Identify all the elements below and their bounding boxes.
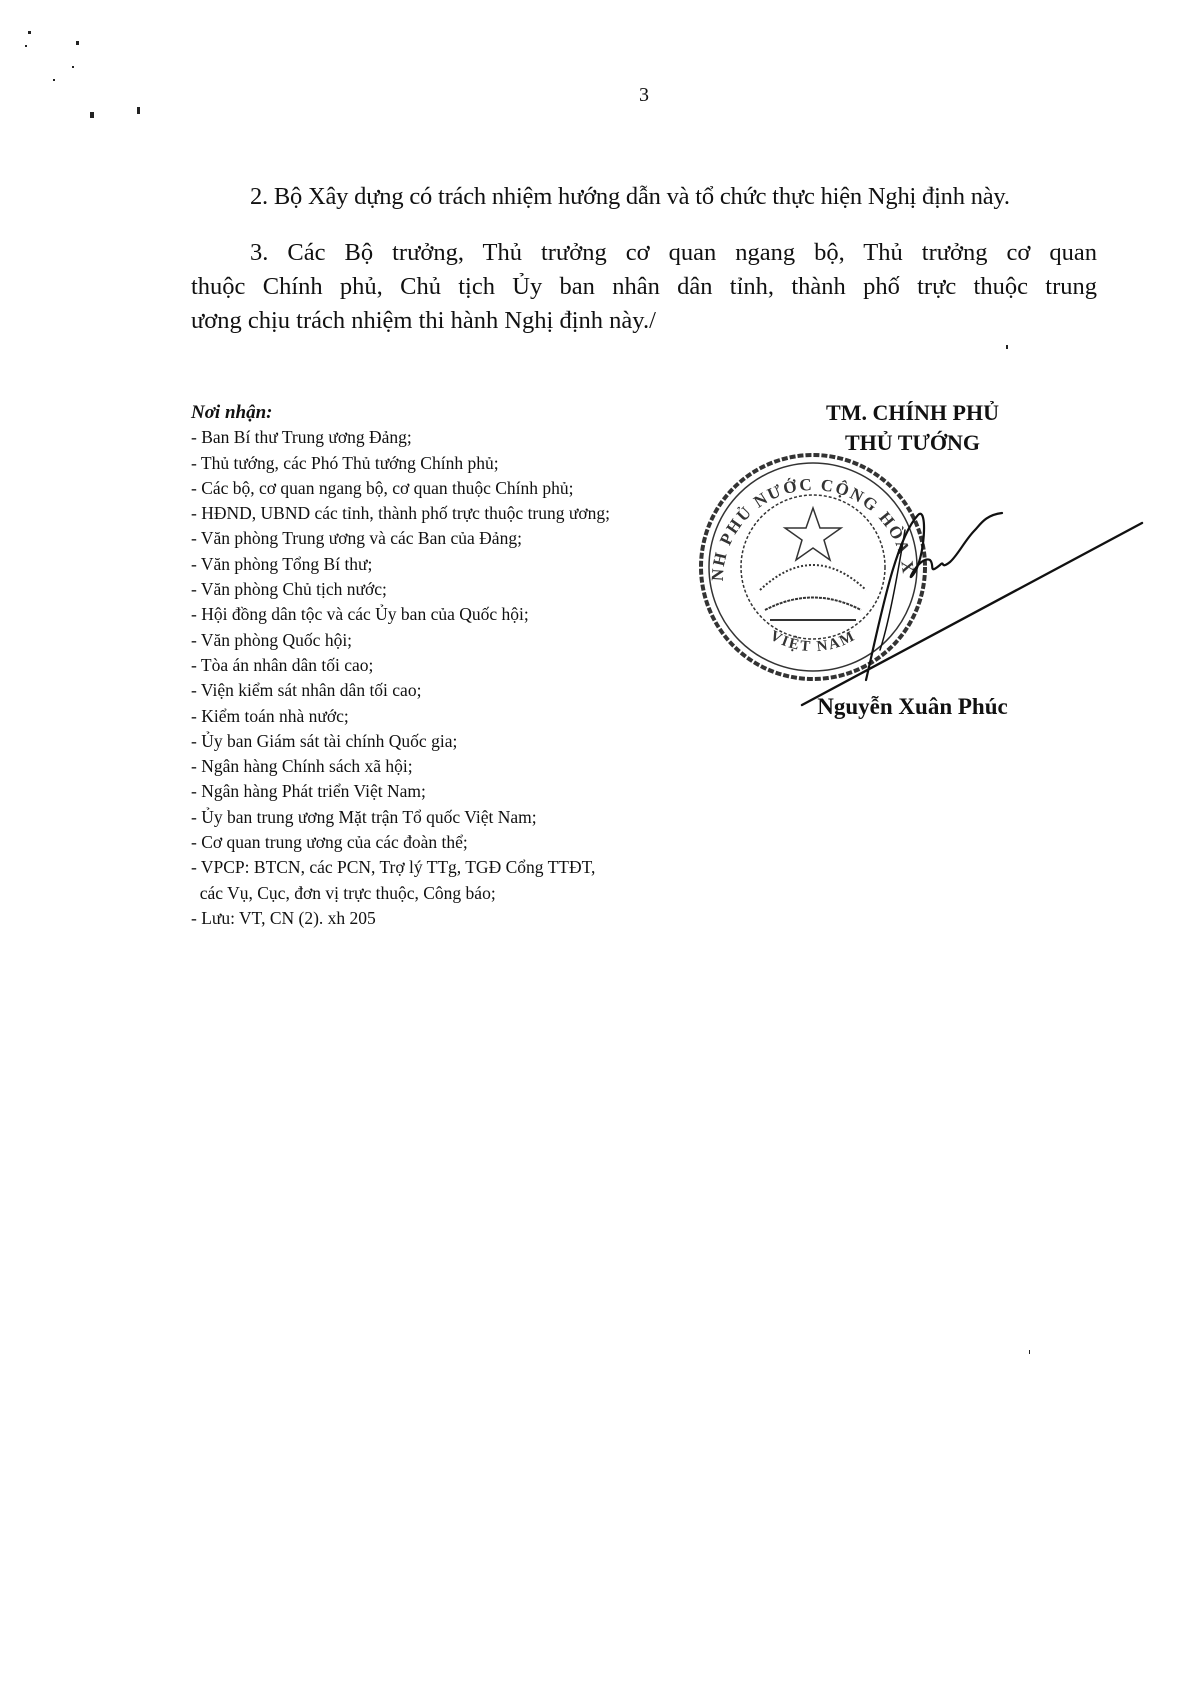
recipient-item: - VPCP: BTCN, các PCN, Trợ lý TTg, TGĐ C… [191,855,610,880]
paragraph-3-line: 3. Các Bộ trưởng, Thủ trưởng cơ quan nga… [191,236,1097,270]
paragraph-3-line: ương chịu trách nhiệm thi hành Nghị định… [191,304,1097,338]
recipient-item: - Ủy ban Giám sát tài chính Quốc gia; [191,729,610,754]
recipient-item: - Viện kiểm sát nhân dân tối cao; [191,678,610,703]
recipients-list: - Ban Bí thư Trung ương Đảng; - Thủ tướn… [191,425,610,931]
position-label: THỦ TƯỚNG [780,428,1045,458]
recipient-item: các Vụ, Cục, đơn vị trực thuộc, Công báo… [191,881,610,906]
handwritten-signature-icon [802,513,1142,705]
recipient-item: - Thủ tướng, các Phó Thủ tướng Chính phủ… [191,451,610,476]
seal-text-bottom: VIỆT NAM [767,628,858,655]
recipient-item: - Ban Bí thư Trung ương Đảng; [191,425,610,450]
recipient-item: - Văn phòng Tổng Bí thư; [191,552,610,577]
paragraph-3-line: thuộc Chính phủ, Chủ tịch Ủy ban nhân dâ… [191,270,1097,304]
paragraph-2: 2. Bộ Xây dựng có trách nhiệm hướng dẫn … [250,180,1010,214]
page-number: 3 [634,84,654,107]
recipient-item: - Ủy ban trung ương Mặt trận Tổ quốc Việ… [191,805,610,830]
recipients-block: Nơi nhận: - Ban Bí thư Trung ương Đảng; … [191,400,610,931]
recipient-item: - Lưu: VT, CN (2). xh 205 [191,906,610,931]
recipient-item: - Tòa án nhân dân tối cao; [191,653,610,678]
recipient-item: - Ngân hàng Phát triển Việt Nam; [191,779,610,804]
recipient-item: - Văn phòng Quốc hội; [191,628,610,653]
recipient-item: - Các bộ, cơ quan ngang bộ, cơ quan thuộ… [191,476,610,501]
recipients-title: Nơi nhận: [191,400,610,425]
recipient-item: - Kiểm toán nhà nước; [191,704,610,729]
signer-name: Nguyễn Xuân Phúc [780,694,1045,720]
paragraph-3: 3. Các Bộ trưởng, Thủ trưởng cơ quan nga… [191,236,1097,338]
signature-title-block: TM. CHÍNH PHỦ THỦ TƯỚNG [780,398,1045,458]
recipient-item: - Cơ quan trung ương của các đoàn thể; [191,830,610,855]
recipient-item: - HĐND, UBND các tỉnh, thành phố trực th… [191,501,610,526]
recipient-item: - Ngân hàng Chính sách xã hội; [191,754,610,779]
on-behalf-label: TM. CHÍNH PHỦ [780,398,1045,428]
recipient-item: - Văn phòng Trung ương và các Ban của Đả… [191,526,610,551]
svg-text:VIỆT NAM: VIỆT NAM [767,628,858,655]
recipient-item: - Hội đồng dân tộc và các Ủy ban của Quố… [191,602,610,627]
recipient-item: - Văn phòng Chủ tịch nước; [191,577,610,602]
